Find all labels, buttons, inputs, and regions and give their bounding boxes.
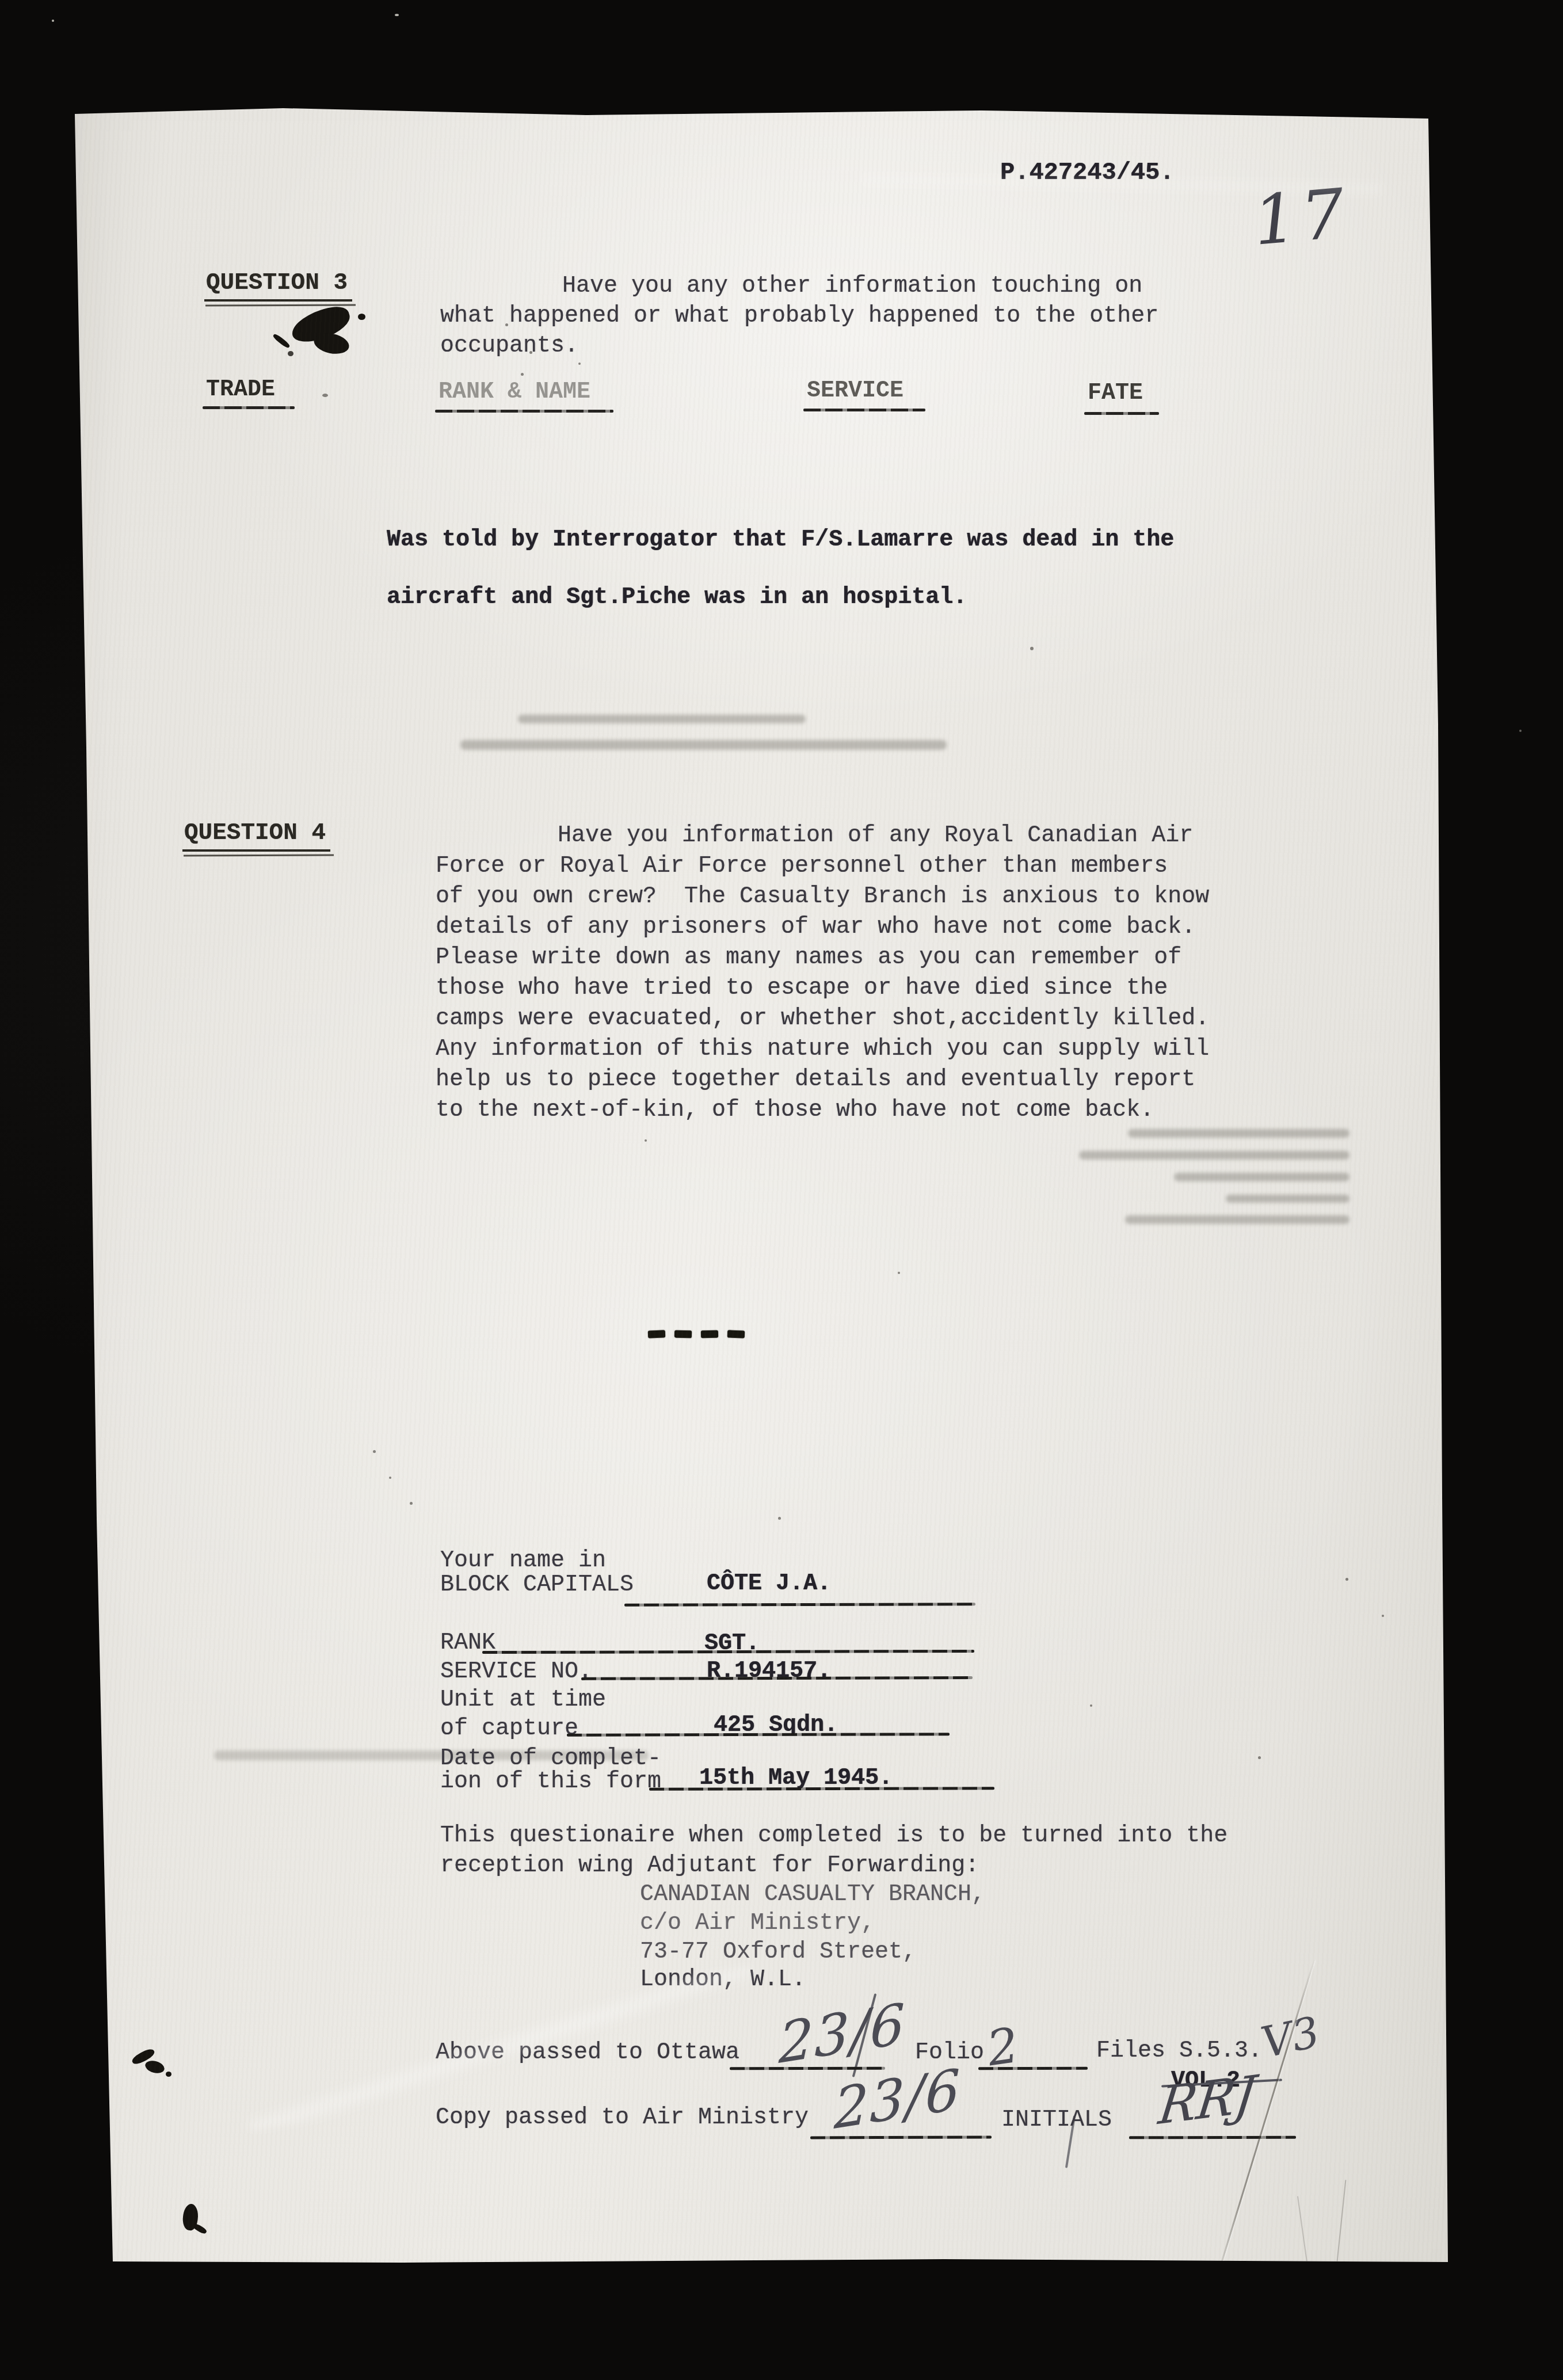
fill-line-air-ministry-date xyxy=(810,2136,992,2139)
bleedthrough-smudge xyxy=(1174,1173,1349,1181)
service-no-value: R.194157. xyxy=(707,1658,831,1685)
bleedthrough-smudge xyxy=(1125,1215,1349,1224)
initials-value-handwritten: RRJ xyxy=(1156,2064,1259,2137)
header-underline xyxy=(435,410,613,413)
ink-speck xyxy=(529,351,532,354)
question3-answer-line: Was told by Interrogator that F/S.Lamarr… xyxy=(387,527,1174,554)
question3-text: Have you any other information touching … xyxy=(440,272,1158,361)
page-number-handwritten: 17 xyxy=(1250,173,1352,261)
header-underline xyxy=(1084,412,1159,415)
forwarding-line2: reception wing Adjutant for Forwarding: xyxy=(440,1853,979,1879)
header-underline xyxy=(803,409,925,411)
above-passed-label: Above passed to Ottawa xyxy=(436,2040,739,2066)
column-header-service: SERVICE xyxy=(807,379,904,404)
ink-speck xyxy=(778,1517,781,1520)
dust-speck xyxy=(52,20,54,22)
ink-speck xyxy=(389,1477,391,1479)
question4-line: of you own crew? The Casualty Branch is … xyxy=(436,882,1209,912)
ink-blot xyxy=(358,314,365,320)
ink-mark xyxy=(192,2222,208,2235)
ink-mark xyxy=(166,2072,171,2077)
files-suffix-handwritten: V3 xyxy=(1257,2007,1324,2068)
question4-line: details of any prisoners of war who have… xyxy=(436,912,1209,943)
ink-mark xyxy=(144,2059,166,2075)
unit-label-line1: Unit at time xyxy=(440,1687,606,1714)
question4-line: Any information of this nature which you… xyxy=(436,1034,1209,1065)
question4-line: Have you information of any Royal Canadi… xyxy=(436,821,1209,851)
question4-line: Force or Royal Air Force personnel other… xyxy=(436,851,1209,882)
question3-line: what happened or what probably happened … xyxy=(440,302,1158,331)
ink-speck xyxy=(1258,1756,1261,1759)
dust-speck xyxy=(1519,730,1522,732)
scanned-document-page: P.427243/45. 17 QUESTION 3 Have you any … xyxy=(0,0,1563,2380)
question3-label: QUESTION 3 xyxy=(206,270,348,296)
copy-passed-label: Copy passed to Air Ministry xyxy=(436,2105,809,2131)
rank-value: SGT. xyxy=(704,1631,760,1657)
bleedthrough-smudge xyxy=(1079,1151,1349,1160)
forwarding-line1: This questionaire when completed is to b… xyxy=(440,1823,1227,1849)
name-label-line2: BLOCK CAPITALS xyxy=(440,1572,634,1599)
question3-line: occupants. xyxy=(440,331,1158,361)
fill-line-ottawa-date xyxy=(730,2067,885,2070)
column-header-rank-name: RANK & NAME xyxy=(439,380,590,405)
ink-speck xyxy=(373,1450,376,1453)
initials-label: INITIALS xyxy=(1001,2107,1112,2134)
bleedthrough-smudge xyxy=(460,740,947,750)
ink-speck xyxy=(1345,1578,1348,1581)
ink-speck xyxy=(1030,647,1034,650)
ink-speck xyxy=(645,1139,647,1142)
paper-crease xyxy=(1297,2196,1307,2262)
paper-sheet: P.427243/45. 17 QUESTION 3 Have you any … xyxy=(0,0,1563,2380)
ink-speck xyxy=(1382,1615,1384,1617)
unit-label-line2: of capture xyxy=(440,1716,578,1742)
dash-mark xyxy=(701,1330,718,1338)
question4-line: Please write down as many names as you c… xyxy=(436,943,1209,973)
forwarding-address-line: 73-77 Oxford Street, xyxy=(640,1939,916,1966)
forwarding-address-line: c/o Air Ministry, xyxy=(640,1910,875,1937)
reference-number: P.427243/45. xyxy=(1000,159,1174,186)
dust-speck xyxy=(395,14,399,16)
files-label: Files S.5.3. xyxy=(1096,2038,1262,2065)
paper-crease xyxy=(1337,2180,1347,2261)
dash-mark xyxy=(648,1330,665,1338)
fill-line-initials xyxy=(1129,2136,1296,2139)
ink-blot xyxy=(272,333,291,349)
ink-speck xyxy=(578,363,581,365)
name-label-line1: Your name in xyxy=(440,1548,606,1574)
question3-answer-line: aircraft and Sgt.Piche was in an hospita… xyxy=(387,585,967,611)
question4-label: QUESTION 4 xyxy=(184,821,326,846)
fill-line-unit xyxy=(567,1733,950,1737)
bleedthrough-smudge xyxy=(518,715,806,723)
bleedthrough-smudge xyxy=(1226,1195,1349,1203)
column-header-fate: FATE xyxy=(1088,381,1143,406)
separator-dashes xyxy=(648,1330,754,1341)
service-no-label: SERVICE NO. xyxy=(440,1659,592,1685)
fill-line-service-no xyxy=(581,1676,973,1680)
question4-text: Have you information of any Royal Canadi… xyxy=(436,821,1209,1126)
forwarding-address-line: CANADIAN CASUALTY BRANCH, xyxy=(640,1882,985,1908)
fill-line-name xyxy=(624,1603,975,1607)
question4-line: those who have tried to escape or have d… xyxy=(436,973,1209,1004)
column-header-trade: TRADE xyxy=(206,377,275,403)
ink-speck xyxy=(898,1272,900,1274)
fill-line-date xyxy=(649,1787,994,1791)
ink-speck xyxy=(1090,1704,1092,1707)
ink-speck xyxy=(557,338,561,342)
ink-speck xyxy=(505,323,508,326)
ink-blot xyxy=(288,351,293,356)
ink-speck xyxy=(410,1502,413,1505)
fill-line-folio xyxy=(978,2067,1088,2070)
question4-line: camps were evacuated, or whether shot,ac… xyxy=(436,1004,1209,1034)
ink-speck xyxy=(521,373,524,376)
bleedthrough-smudge xyxy=(1128,1129,1349,1138)
name-value: CÔTE J.A. xyxy=(707,1571,831,1597)
dash-mark xyxy=(727,1330,745,1338)
ink-speck xyxy=(322,394,328,397)
header-underline xyxy=(203,406,295,409)
question4-line: help us to piece together details and ev… xyxy=(436,1065,1209,1095)
dash-mark xyxy=(674,1330,692,1338)
above-passed-date-handwritten: 23/6 xyxy=(778,1991,906,2077)
date-label-line2: ion of this form xyxy=(440,1769,661,1795)
question3-line: Have you any other information touching … xyxy=(440,272,1158,302)
question4-line: to the next-of-kin, of those who have no… xyxy=(436,1095,1209,1126)
forwarding-address-line: London, W.L. xyxy=(640,1967,806,1993)
